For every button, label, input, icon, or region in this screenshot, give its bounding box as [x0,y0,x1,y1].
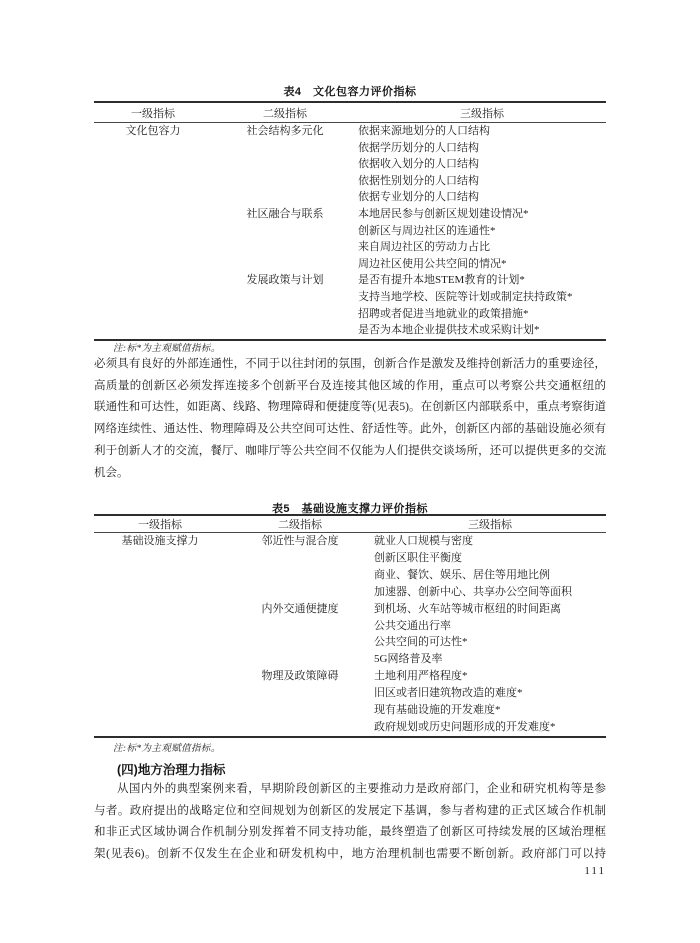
level3-indicator-cell: 是否为本地企业提供技术或采购计划* [358,322,606,340]
column-header: 三级指标 [374,515,606,533]
body-paragraph-2: 从国内外的典型案例来看，早期阶段创新区的主要推动力是政府部门，企业和研究机构等是… [94,779,606,866]
column-header: 二级指标 [212,102,358,123]
table-header-row: 一级指标二级指标三级指标 [94,102,606,123]
level3-indicator-cell: 5G网络普及率 [374,651,606,668]
page-number: 111 [94,865,606,877]
level3-indicator-cell: 到机场、火车站等城市枢纽的时间距离 [374,601,606,618]
text-line: 与者。政府提出的战略定位和空间规划为创新区的发展定下基调，参与者构建的正式区域合… [94,801,606,823]
level2-indicator-cell: 发展政策与计划 [212,272,358,339]
column-header: 二级指标 [226,515,374,533]
document-page: { "table4": { "caption": "表4 文化包容力评价指标",… [0,0,700,943]
level2-indicator-cell: 内外交通便捷度 [226,601,374,669]
level3-indicator-cell: 创新区职住平衡度 [374,550,606,567]
text-line: 利于创新人才的交流，餐厅、咖啡厅等公共空间不仅能为人们提供交谈场所，还可以提供更… [94,441,606,463]
level3-indicator-cell: 支持当地学校、医院等计划或制定扶持政策* [358,289,606,306]
table-header-row: 一级指标二级指标三级指标 [94,515,606,533]
table-row: 文化包容力社会结构多元化依据来源地划分的人口结构 [94,123,606,140]
level2-indicator-cell: 物理及政策障碍 [226,668,374,737]
table-row: 基础设施支撑力邻近性与混合度就业人口规模与密度 [94,533,606,550]
level1-indicator-cell: 基础设施支撑力 [94,533,226,737]
table5-note: 注:标*为主观赋值指标。 [113,740,221,754]
body-paragraph-1: 必须具有良好的外部连通性，不同于以往封闭的氛围，创新合作是激发及维持创新活力的重… [94,354,606,484]
column-header: 一级指标 [94,515,226,533]
text-line: 网络连续性、通达性、物理障碍及公共空间可达性、舒适性等。此外，创新区内部的基础设… [94,419,606,441]
level3-indicator-cell: 土地利用严格程度* [374,668,606,685]
table4-caption: 表4 文化包容力评价指标 [94,83,606,99]
level3-indicator-cell: 现有基础设施的开发难度* [374,702,606,719]
section-heading: (四)地方治理力指标 [117,760,225,778]
text-line: 从国内外的典型案例来看，早期阶段创新区的主要推动力是政府部门，企业和研究机构等是… [94,779,606,801]
level1-indicator-cell: 文化包容力 [94,123,212,340]
level3-indicator-cell: 本地居民参与创新区规划建设情况* [358,206,606,223]
level2-indicator-cell: 社会结构多元化 [212,123,358,206]
level3-indicator-cell: 公共空间的可达性* [374,634,606,651]
level3-indicator-cell: 依据来源地划分的人口结构 [358,123,606,140]
level3-indicator-cell: 公共交通出行率 [374,618,606,635]
table4: 一级指标二级指标三级指标文化包容力社会结构多元化依据来源地划分的人口结构依据学历… [94,101,606,341]
column-header: 一级指标 [94,102,212,123]
level2-indicator-cell: 社区融合与联系 [212,206,358,272]
level3-indicator-cell: 就业人口规模与密度 [374,533,606,550]
text-line: 和非正式区域协调合作机制分别发挥着不同支持功能，最终塑造了创新区可持续发展的区域… [94,822,606,844]
text-line: 架(见表6)。创新不仅发生在企业和研发机构中，地方治理机制也需要不断创新。政府部… [94,844,606,866]
level3-indicator-cell: 依据性别划分的人口结构 [358,173,606,190]
level3-indicator-cell: 依据收入划分的人口结构 [358,156,606,173]
text-line: 联通性和可达性，如距离、线路、物理障碍和便捷度等(见表5)。在创新区内部联系中，… [94,397,606,419]
column-header: 三级指标 [358,102,606,123]
level3-indicator-cell: 招聘或者促进当地就业的政策措施* [358,306,606,323]
level3-indicator-cell: 依据专业划分的人口结构 [358,189,606,206]
level2-indicator-cell: 邻近性与混合度 [226,533,374,601]
level3-indicator-cell: 旧区或者旧建筑物改造的难度* [374,685,606,702]
text-line: 高质量的创新区必须发挥连接多个创新平台及连接其他区域的作用，重点可以考察公共交通… [94,376,606,398]
level3-indicator-cell: 来自周边社区的劳动力占比 [358,239,606,256]
level3-indicator-cell: 是否有提升本地STEM教育的计划* [358,272,606,289]
level3-indicator-cell: 加速器、创新中心、共享办公空间等面积 [374,584,606,601]
level3-indicator-cell: 政府规划或历史问题形成的开发难度* [374,719,606,737]
level3-indicator-cell: 商业、餐饮、娱乐、居住等用地比例 [374,567,606,584]
text-line: 必须具有良好的外部连通性，不同于以往封闭的氛围，创新合作是激发及维持创新活力的重… [94,354,606,376]
table5: 一级指标二级指标三级指标基础设施支撑力邻近性与混合度就业人口规模与密度创新区职住… [94,514,606,738]
level3-indicator-cell: 周边社区使用公共空间的情况* [358,256,606,273]
level3-indicator-cell: 依据学历划分的人口结构 [358,140,606,157]
table4-note: 注:标*为主观赋值指标。 [113,340,221,354]
text-line: 机会。 [94,463,606,485]
level3-indicator-cell: 创新区与周边社区的连通性* [358,223,606,240]
